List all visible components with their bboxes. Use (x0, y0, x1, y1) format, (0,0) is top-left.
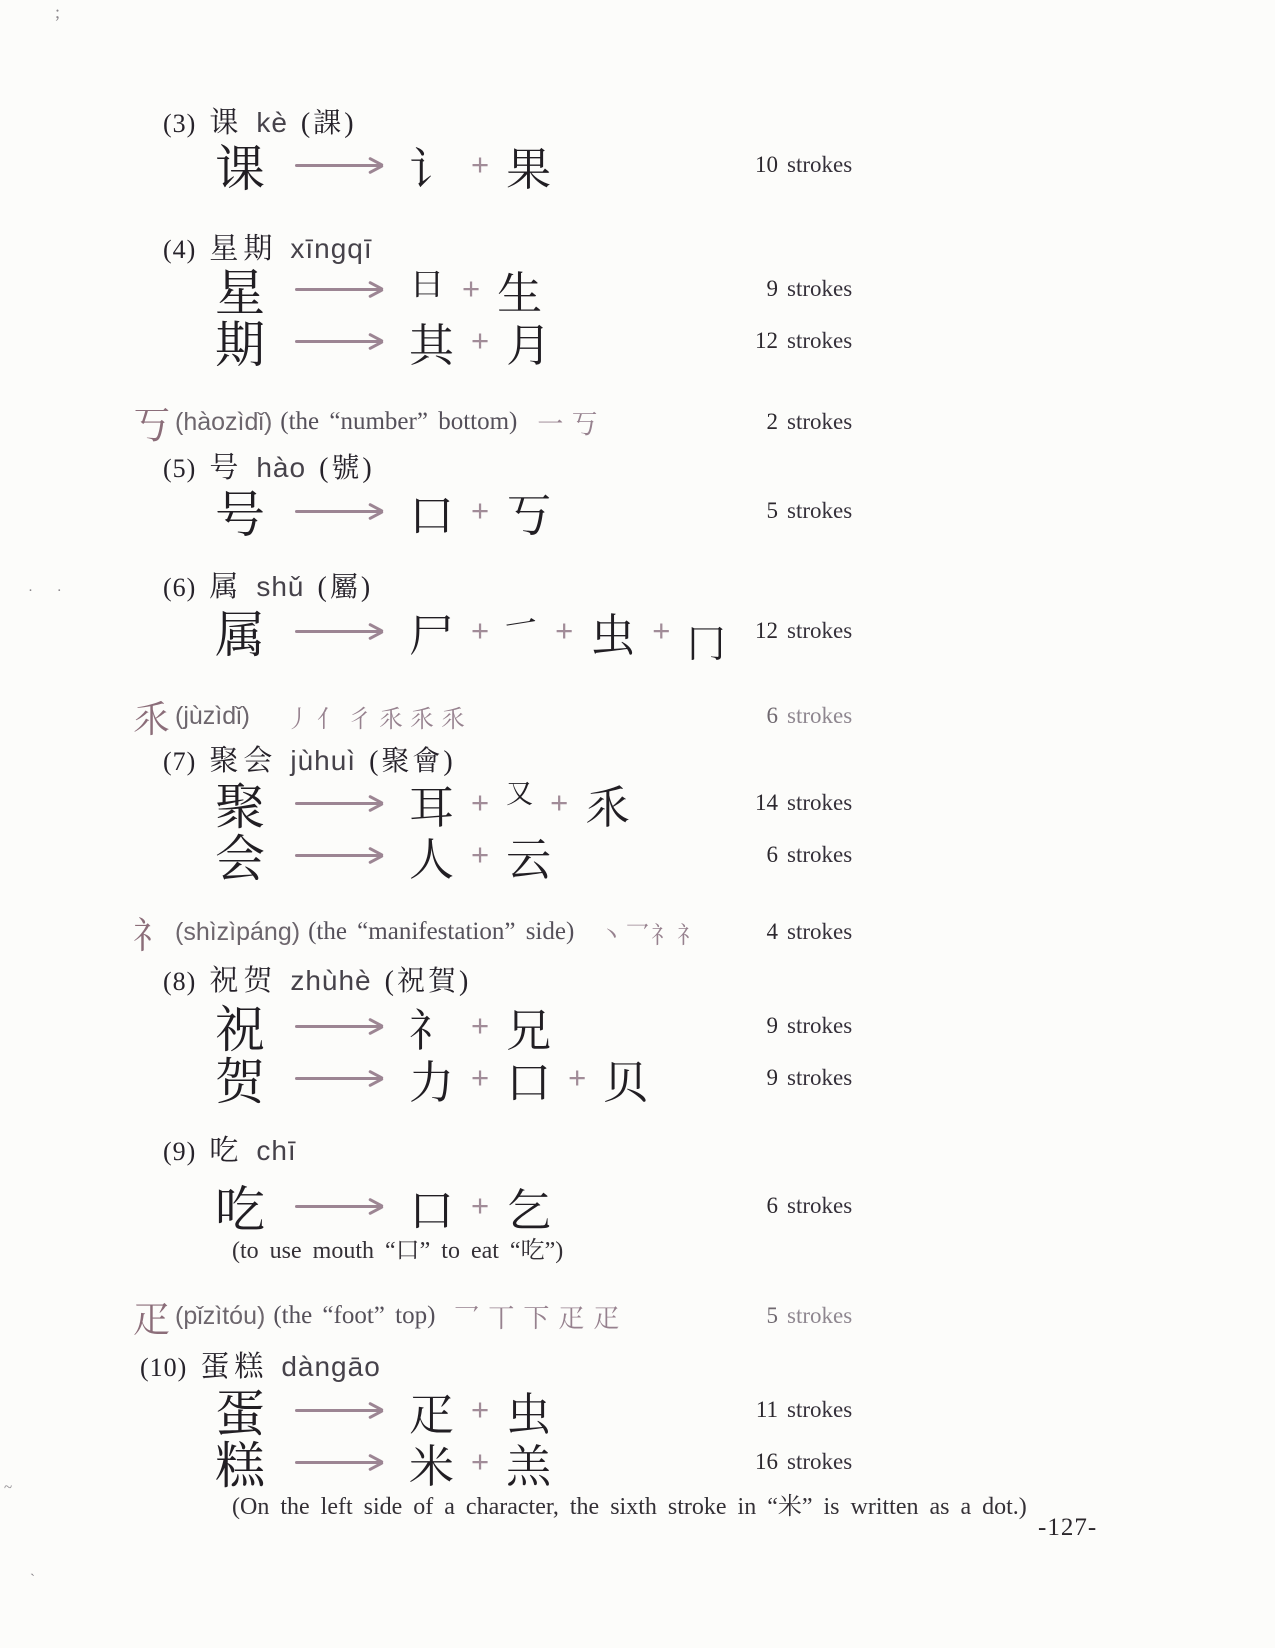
stroke-word: strokes (787, 618, 852, 643)
scan-artifact: ; (55, 2, 60, 23)
plus-icon: + (568, 1060, 586, 1096)
radical-char: 疋 (133, 1289, 170, 1343)
radical-header: 乑 (jùzìdǐ) 丿亻彳乑乑乑 6strokes (0, 692, 1275, 740)
stroke-count: 12strokes (748, 618, 852, 644)
stroke-count: 12strokes (748, 328, 852, 354)
radical-pinyin-name: (jùzìdǐ) (175, 702, 250, 731)
plus-icon: + (555, 613, 573, 649)
component-char: 月 (506, 309, 551, 374)
stroke-count: 5strokes (748, 1303, 852, 1329)
component-char: 口 (506, 1046, 551, 1111)
arrow-icon (295, 1409, 381, 1412)
stroke-order-sequence: 丶乛礻礻 (599, 915, 703, 950)
plus-icon: + (471, 493, 489, 529)
arrow-icon (295, 1077, 381, 1080)
plus-icon: + (471, 1060, 489, 1096)
radical-description: (the “foot” top) (273, 1302, 435, 1330)
stroke-word: strokes (787, 790, 852, 815)
radical-pinyin-name: (shìzìpáng) (175, 918, 300, 947)
stroke-word: strokes (787, 409, 852, 434)
scan-artifact: ` (30, 1572, 35, 1589)
radical-header: 礻 (shìzìpáng) (the “manifestation” side)… (0, 908, 1275, 956)
plus-icon: + (471, 837, 489, 873)
component-char: 讠 (409, 133, 454, 198)
stroke-word: strokes (787, 1303, 852, 1328)
stroke-count: 2strokes (748, 409, 852, 435)
plus-icon: + (462, 271, 480, 307)
stroke-order-sequence: 乛丅下疋疋 (453, 1298, 628, 1335)
stroke-count: 14strokes (748, 790, 852, 816)
decomp-char: 号 (215, 475, 265, 547)
stroke-count: 9strokes (748, 1013, 852, 1039)
arrow-icon (295, 1205, 381, 1208)
stroke-number: 4 (748, 919, 778, 945)
radical-description: (the “manifestation” side) (308, 918, 574, 946)
entry-label: (8) (163, 967, 196, 997)
plus-icon: + (471, 323, 489, 359)
arrow-icon (295, 854, 381, 857)
stroke-word: strokes (787, 1449, 852, 1474)
component-char: 乞 (506, 1174, 551, 1239)
entry-pinyin: chī (256, 1135, 296, 1167)
stroke-number: 10 (748, 152, 778, 178)
scan-artifact: · · (28, 583, 72, 600)
component-char: 其 (409, 309, 454, 374)
stroke-number: 11 (748, 1397, 778, 1423)
decomposition-row: 号 口 + 丂 5strokes (0, 479, 1275, 543)
stroke-count: 6strokes (748, 842, 852, 868)
stroke-number: 9 (748, 1065, 778, 1091)
stroke-word: strokes (787, 1193, 852, 1218)
stroke-word: strokes (787, 1065, 852, 1090)
stroke-word: strokes (787, 328, 852, 353)
radical-header: 丂 (hàozìdǐ) (the “number” bottom) 一丂 2st… (0, 398, 1275, 446)
stroke-count: 11strokes (748, 1397, 852, 1423)
stroke-word: strokes (787, 152, 852, 177)
plus-icon: + (471, 1392, 489, 1428)
stroke-number: 2 (748, 409, 778, 435)
stroke-number: 9 (748, 1013, 778, 1039)
stroke-number: 9 (748, 276, 778, 302)
component-char: 口 (409, 479, 454, 544)
component-char: 米 (409, 1430, 454, 1495)
stroke-count: 6strokes (748, 1193, 852, 1219)
component-char: 日 (409, 261, 445, 304)
stroke-number: 6 (748, 703, 778, 729)
stroke-order-sequence: 一丂 (537, 404, 605, 441)
plus-icon: + (652, 613, 670, 649)
component-char: 贝 (603, 1046, 648, 1111)
stroke-word: strokes (787, 919, 852, 944)
stroke-number: 5 (748, 1303, 778, 1329)
stroke-word: strokes (787, 703, 852, 728)
component-char: 云 (506, 823, 551, 888)
entry-header: (9) 吃 chī (163, 1128, 297, 1169)
component-char: 一 (501, 598, 540, 648)
component-char: 尸 (409, 599, 454, 664)
entry-word: 吃 (209, 1128, 243, 1169)
decomposition-row: 期 其 + 月 12strokes (0, 309, 1275, 373)
stroke-count: 9strokes (748, 1065, 852, 1091)
arrow-icon (295, 164, 381, 167)
entry-label: (9) (163, 1137, 196, 1167)
radical-description: (the “number” bottom) (280, 408, 517, 436)
stroke-number: 12 (748, 618, 778, 644)
arrow-icon (295, 1025, 381, 1028)
decomposition-row: 糕 米 + 羔 16strokes (0, 1430, 1275, 1494)
textbook-page: { "symbols": { "plus": "+" }, "strokes_w… (0, 0, 1275, 1648)
component-char: 羔 (506, 1430, 551, 1495)
radical-char: 乑 (133, 689, 170, 743)
footnote: (On the left side of a character, the si… (232, 1486, 1027, 1521)
component-char: 丂 (506, 479, 551, 544)
component-char: 口 (409, 1174, 454, 1239)
plus-icon: + (471, 1188, 489, 1224)
component-char: 力 (409, 1046, 454, 1111)
arrow-icon (295, 340, 381, 343)
footnote: (to use mouth “口” to eat “吃”) (232, 1230, 563, 1265)
stroke-word: strokes (787, 1397, 852, 1422)
arrow-icon (295, 1461, 381, 1464)
arrow-icon (295, 802, 381, 805)
stroke-count: 9strokes (748, 276, 852, 302)
component-char: 果 (506, 133, 551, 198)
radical-header: 疋 (pǐzìtóu) (the “foot” top) 乛丅下疋疋 5stro… (0, 1292, 1275, 1340)
stroke-word: strokes (787, 276, 852, 301)
stroke-count: 16strokes (748, 1449, 852, 1475)
page-number: -127- (1038, 1514, 1097, 1542)
stroke-number: 16 (748, 1449, 778, 1475)
radical-char: 礻 (133, 905, 170, 959)
plus-icon: + (550, 785, 568, 821)
entry-pinyin: zhùhè (290, 965, 371, 997)
component-char: 又 (506, 772, 533, 811)
radical-char: 丂 (133, 395, 170, 449)
component-char: 人 (409, 823, 454, 888)
stroke-order-sequence: 丿亻彳乑乑乑 (286, 699, 472, 734)
stroke-number: 6 (748, 1193, 778, 1219)
radical-pinyin-name: (hàozìdǐ) (175, 408, 272, 437)
stroke-count: 4strokes (748, 919, 852, 945)
component-char: 冂 (687, 613, 725, 668)
decomposition-row: 课 讠 + 果 10strokes (0, 133, 1275, 197)
decomp-char: 课 (215, 129, 265, 201)
decomposition-row: 属 尸 + 一 + 虫 + 冂 12strokes (0, 599, 1275, 663)
component-char: 虫 (590, 599, 635, 664)
stroke-number: 5 (748, 498, 778, 524)
stroke-count: 10strokes (748, 152, 852, 178)
decomposition-row: 会 人 + 云 6strokes (0, 823, 1275, 887)
decomp-char: 贺 (215, 1042, 265, 1114)
stroke-word: strokes (787, 1013, 852, 1038)
stroke-count: 5strokes (748, 498, 852, 524)
stroke-word: strokes (787, 842, 852, 867)
decomposition-row: 吃 口 + 乞 6strokes (0, 1174, 1275, 1238)
stroke-word: strokes (787, 498, 852, 523)
stroke-number: 12 (748, 328, 778, 354)
decomp-char: 会 (215, 819, 265, 891)
plus-icon: + (471, 147, 489, 183)
decomposition-row: 贺 力 + 口 + 贝 9strokes (0, 1046, 1275, 1110)
arrow-icon (295, 630, 381, 633)
radical-pinyin-name: (pǐzìtóu) (175, 1302, 265, 1331)
stroke-count: 6strokes (748, 703, 852, 729)
arrow-icon (295, 510, 381, 513)
plus-icon: + (471, 1444, 489, 1480)
arrow-icon (295, 288, 381, 291)
plus-icon: + (471, 613, 489, 649)
decomp-char: 期 (215, 305, 265, 377)
plus-icon: + (471, 785, 489, 821)
decomp-char: 属 (215, 595, 265, 667)
plus-icon: + (471, 1008, 489, 1044)
stroke-number: 6 (748, 842, 778, 868)
stroke-number: 14 (748, 790, 778, 816)
